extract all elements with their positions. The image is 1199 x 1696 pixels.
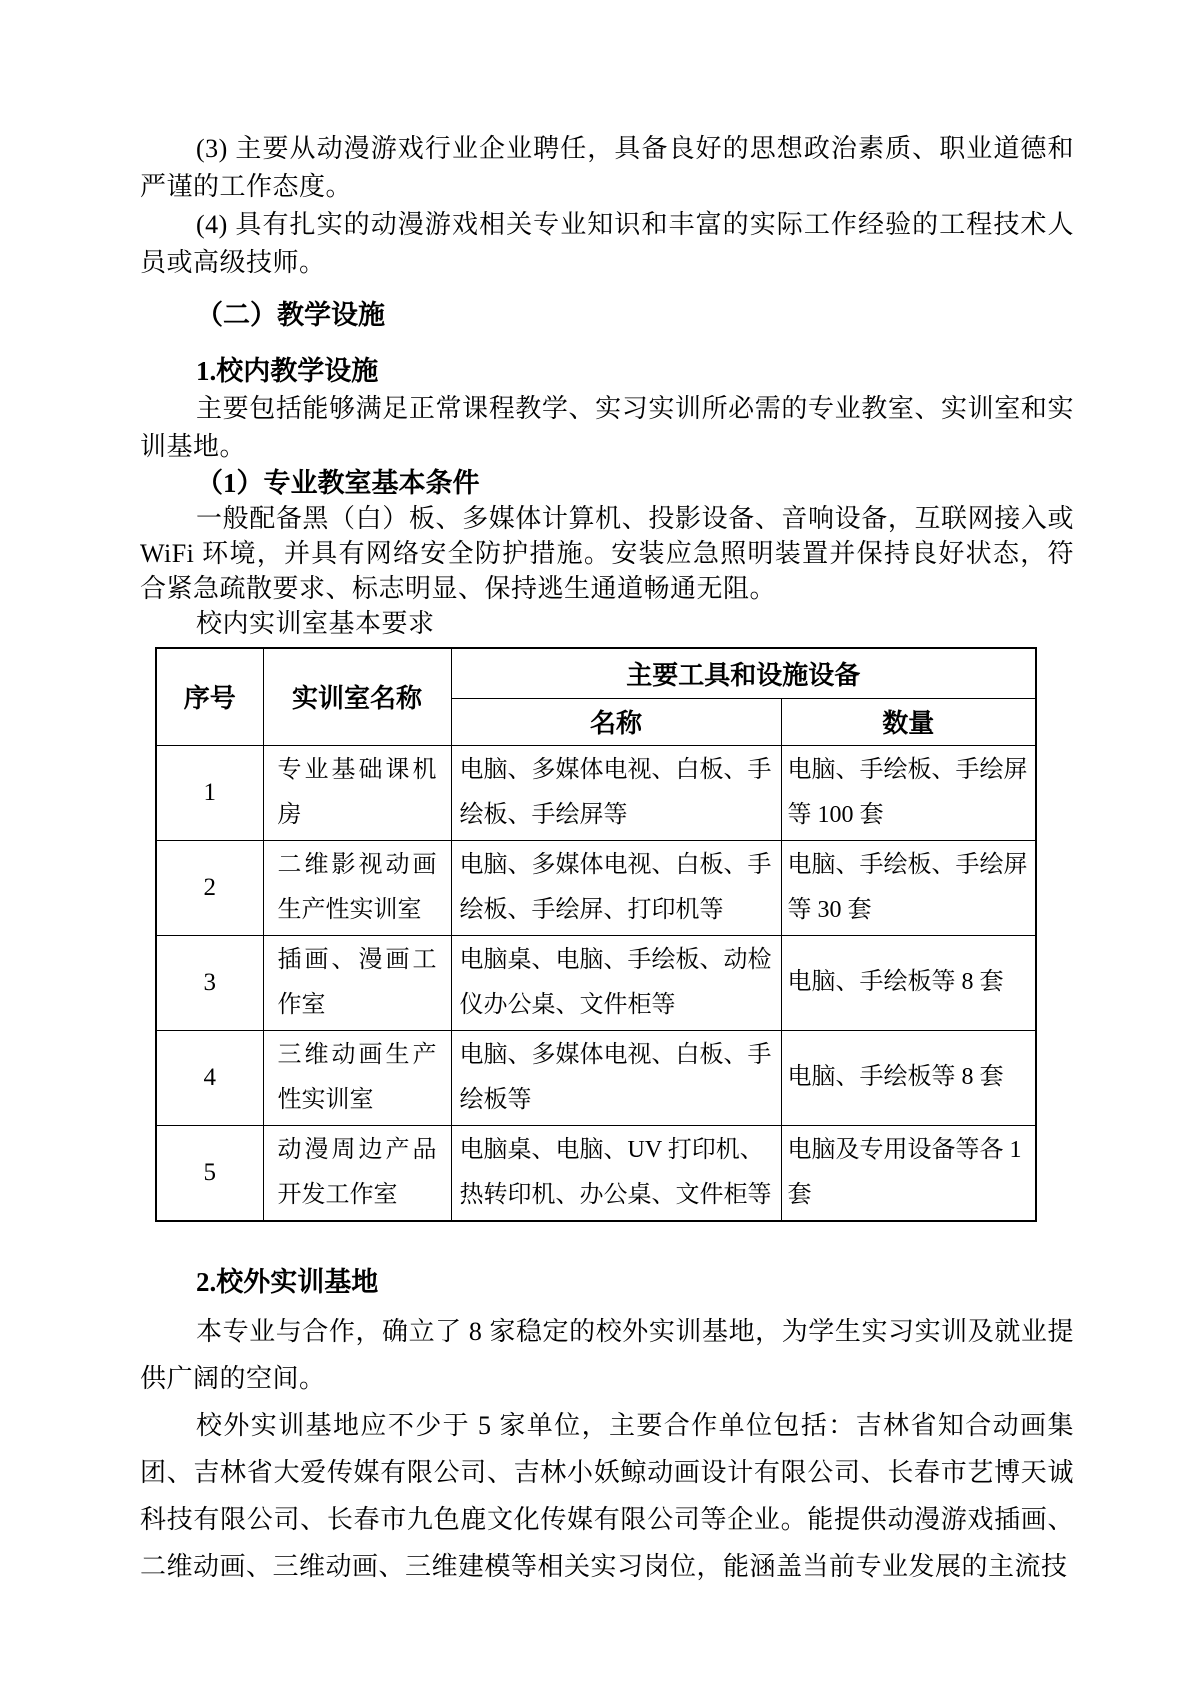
cell-seq: 2 <box>156 840 263 935</box>
paragraph-classroom-equipment: 一般配备黑（白）板、多媒体计算机、投影设备、音响设备，互联网接入或 WiFi 环… <box>140 501 1074 606</box>
table-caption: 校内实训室基本要求 <box>140 606 1074 641</box>
header-room-name: 实训室名称 <box>263 648 451 745</box>
table-row: 3 插画、漫画工作室 电脑桌、电脑、手绘板、动检仪办公桌、文件柜等 电脑、手绘板… <box>156 935 1036 1030</box>
subsection-heading-on-campus-facilities: 1.校内教学设施 <box>140 352 1074 390</box>
document-page: (3) 主要从动漫游戏行业企业聘任，具备良好的思想政治素质、职业道德和严谨的工作… <box>0 0 1199 1696</box>
header-name: 名称 <box>451 698 781 745</box>
table-header-row-1: 序号 实训室名称 主要工具和设施设备 <box>156 648 1036 698</box>
cell-seq: 1 <box>156 745 263 840</box>
cell-quantity: 电脑、手绘板等 8 套 <box>781 935 1036 1030</box>
header-tools-and-equipment: 主要工具和设施设备 <box>451 648 1036 698</box>
cell-tools: 电脑、多媒体电视、白板、手绘板、手绘屏、打印机等 <box>451 840 781 935</box>
cell-room: 三维动画生产性实训室 <box>263 1030 451 1125</box>
cell-tools: 电脑、多媒体电视、白板、手绘板等 <box>451 1030 781 1125</box>
paragraph-off-campus-overview: 本专业与合作，确立了 8 家稳定的校外实训基地，为学生实习实训及就业提供广阔的空… <box>140 1308 1074 1402</box>
table-row: 1 专业基础课机房 电脑、多媒体电视、白板、手绘板、手绘屏等 电脑、手绘板、手绘… <box>156 745 1036 840</box>
table-row: 2 二维影视动画生产性实训室 电脑、多媒体电视、白板、手绘板、手绘屏、打印机等 … <box>156 840 1036 935</box>
cell-room: 二维影视动画生产性实训室 <box>263 840 451 935</box>
header-quantity: 数量 <box>781 698 1036 745</box>
paragraph-qualification-3: (3) 主要从动漫游戏行业企业聘任，具备良好的思想政治素质、职业道德和严谨的工作… <box>140 130 1074 206</box>
table-row: 5 动漫周边产品开发工作室 电脑桌、电脑、UV 打印机、热转印机、办公桌、文件柜… <box>156 1125 1036 1221</box>
paragraph-on-campus-overview: 主要包括能够满足正常课程教学、实习实训所必需的专业教室、实训室和实训基地。 <box>140 390 1074 466</box>
subsection-heading-off-campus-bases: 2.校外实训基地 <box>140 1262 1074 1302</box>
item-heading-classroom-basic-conditions: （1）专业教室基本条件 <box>140 466 1074 501</box>
paragraph-off-campus-partners: 校外实训基地应不少于 5 家单位，主要合作单位包括：吉林省知合动画集团、吉林省大… <box>140 1402 1074 1590</box>
training-room-requirements-table: 序号 实训室名称 主要工具和设施设备 名称 数量 1 专业基础课机房 电脑、多媒… <box>155 647 1037 1222</box>
cell-seq: 3 <box>156 935 263 1030</box>
cell-quantity: 电脑、手绘板、手绘屏等 30 套 <box>781 840 1036 935</box>
cell-room: 插画、漫画工作室 <box>263 935 451 1030</box>
cell-room: 动漫周边产品开发工作室 <box>263 1125 451 1221</box>
header-seq: 序号 <box>156 648 263 745</box>
cell-tools: 电脑桌、电脑、UV 打印机、热转印机、办公桌、文件柜等 <box>451 1125 781 1221</box>
cell-quantity: 电脑、手绘板、手绘屏等 100 套 <box>781 745 1036 840</box>
table-row: 4 三维动画生产性实训室 电脑、多媒体电视、白板、手绘板等 电脑、手绘板等 8 … <box>156 1030 1036 1125</box>
cell-seq: 4 <box>156 1030 263 1125</box>
cell-tools: 电脑桌、电脑、手绘板、动检仪办公桌、文件柜等 <box>451 935 781 1030</box>
section-heading-teaching-facilities: （二）教学设施 <box>140 296 1074 334</box>
cell-room: 专业基础课机房 <box>263 745 451 840</box>
cell-quantity: 电脑、手绘板等 8 套 <box>781 1030 1036 1125</box>
cell-tools: 电脑、多媒体电视、白板、手绘板、手绘屏等 <box>451 745 781 840</box>
cell-seq: 5 <box>156 1125 263 1221</box>
paragraph-qualification-4: (4) 具有扎实的动漫游戏相关专业知识和丰富的实际工作经验的工程技术人员或高级技… <box>140 206 1074 282</box>
cell-quantity: 电脑及专用设备等各 1 套 <box>781 1125 1036 1221</box>
